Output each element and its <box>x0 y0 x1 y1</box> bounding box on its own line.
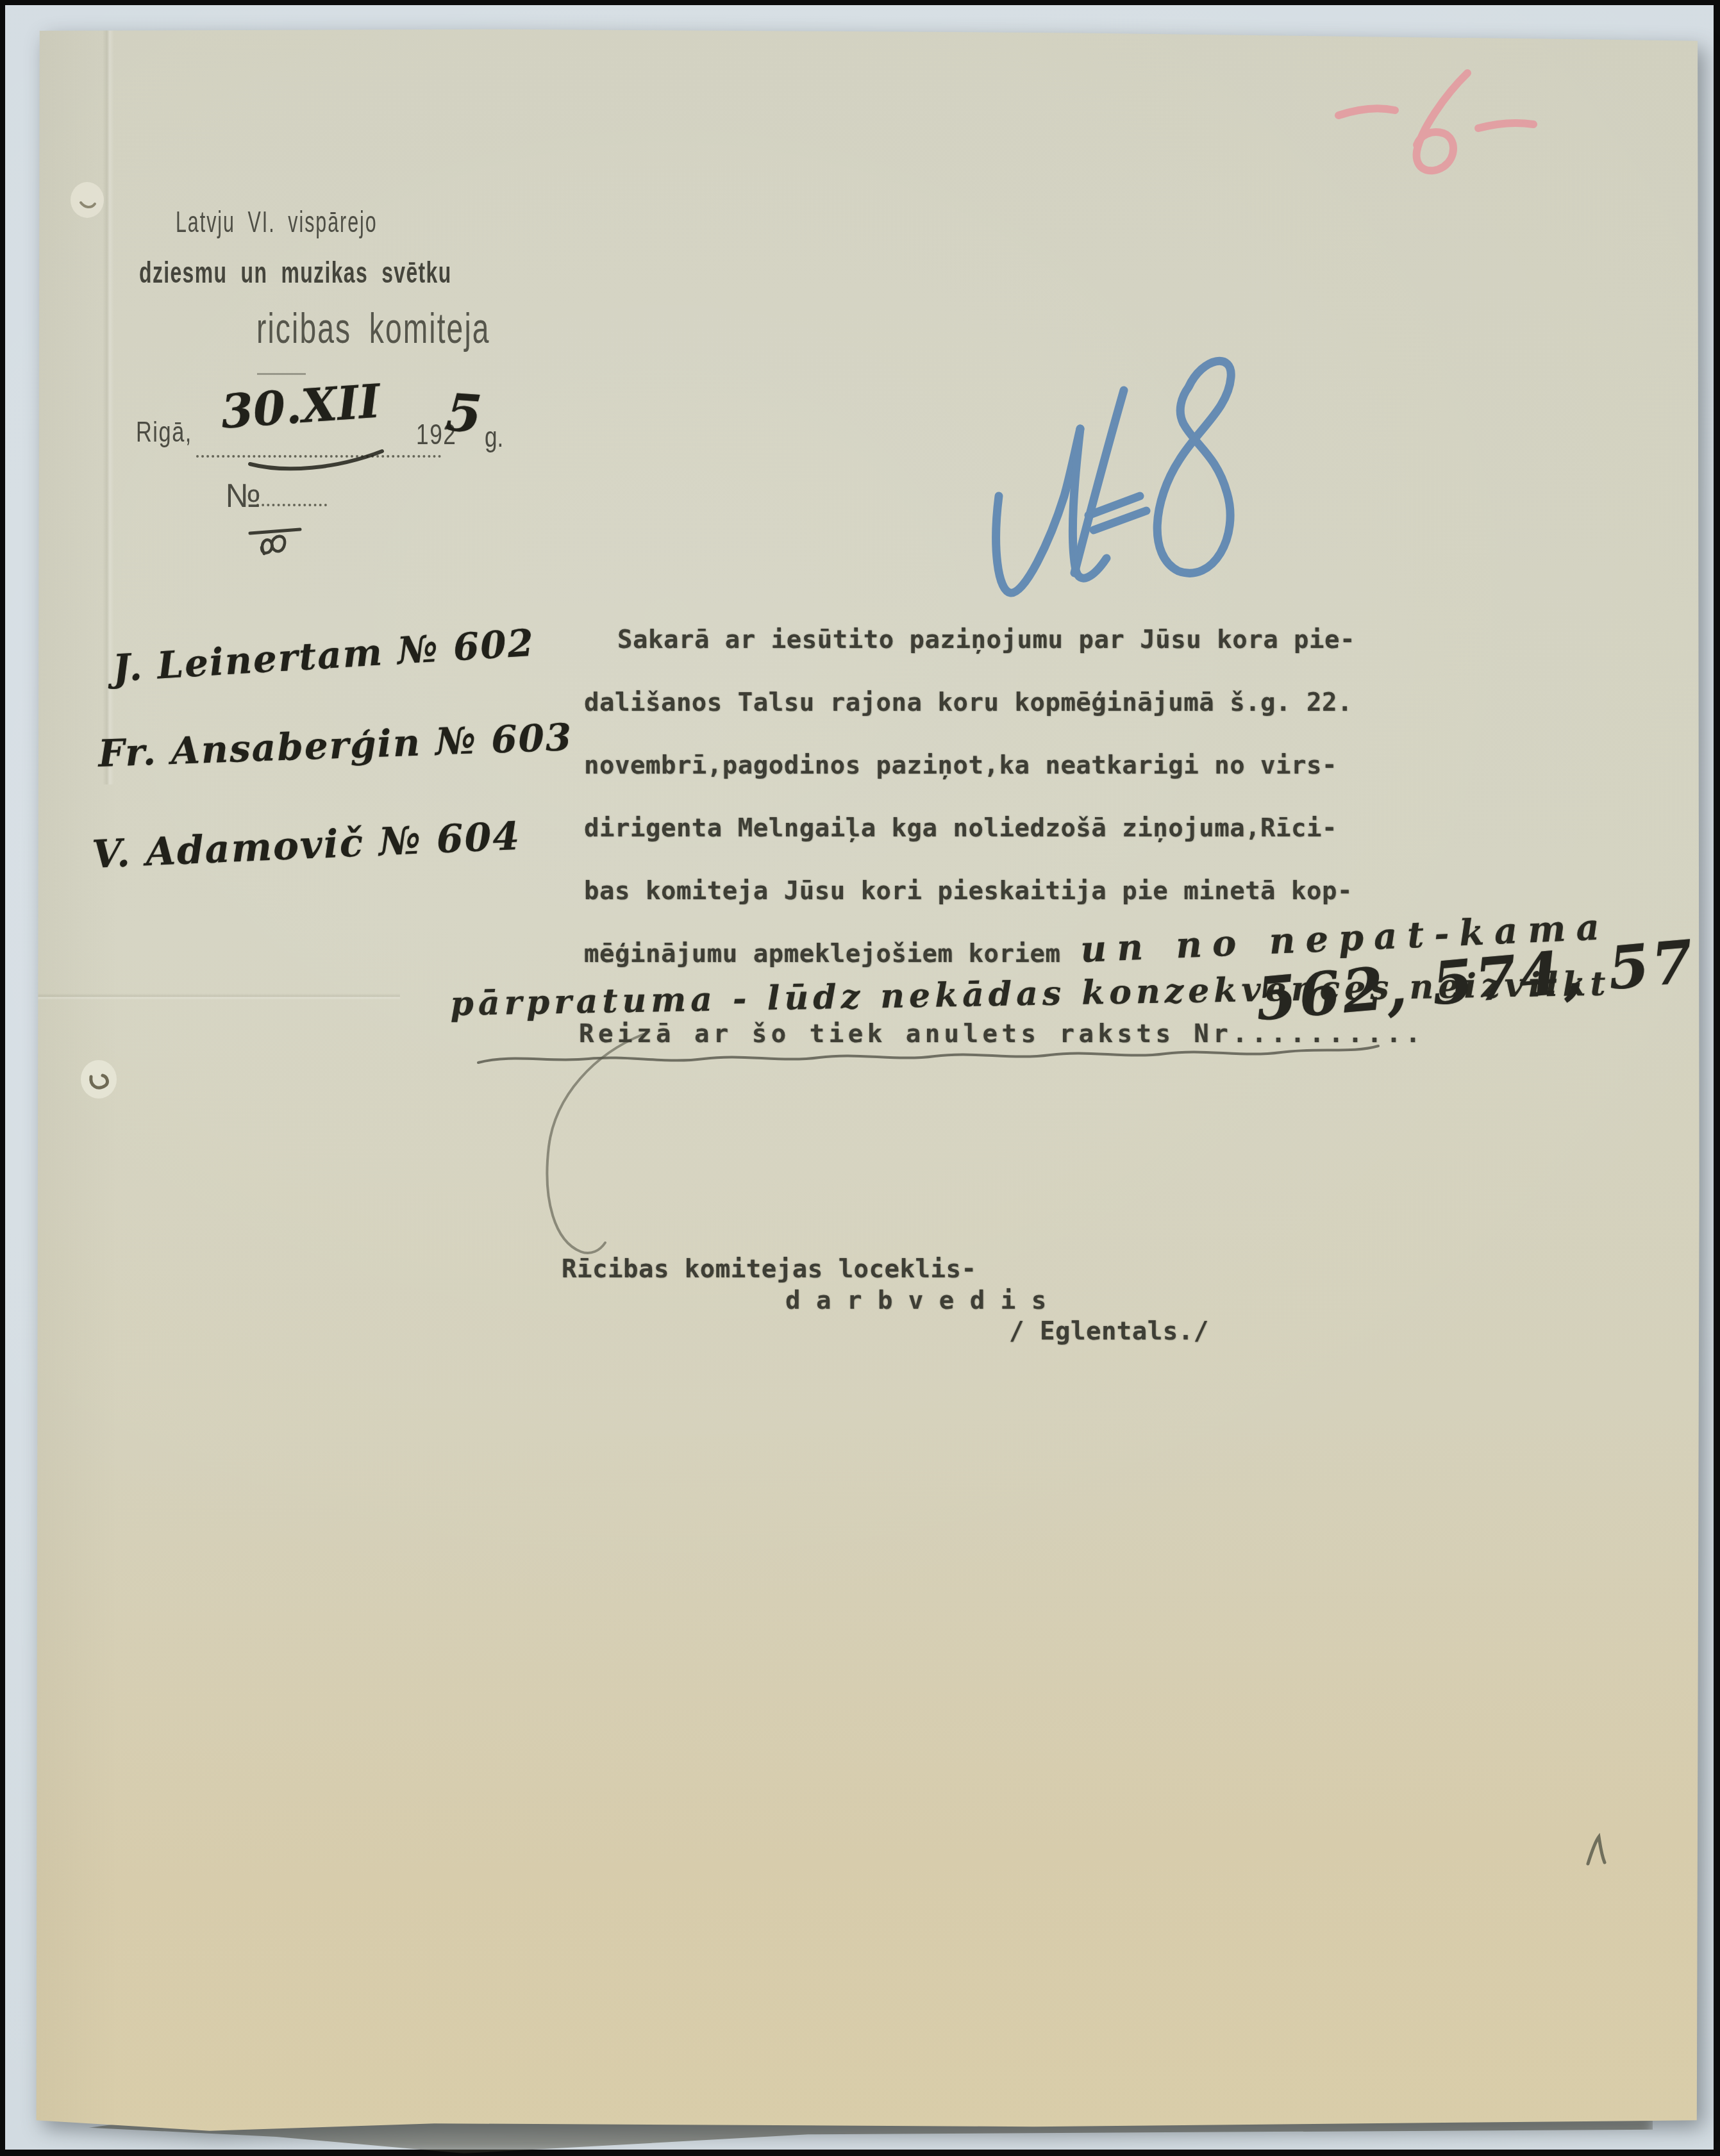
vertical-fold-crease <box>103 28 114 784</box>
date-city-label: Rigā, <box>136 417 192 449</box>
margin-note-2: Fr. Ansaberģin № 603 <box>97 715 573 775</box>
body-line-3: novembrī,pagodinos paziņot,ka neatkarigi… <box>584 751 1337 780</box>
date-year-suffix: g. <box>485 422 503 454</box>
number-flourish-mark <box>249 526 303 561</box>
body-line-6: mēģinājumu apmeklejošiem koriem <box>584 940 1060 968</box>
letterhead-line2: dziesmu un muzikas svētku <box>139 254 452 290</box>
pencil-check-mark <box>1583 1834 1615 1868</box>
signature-role-line: d a r b v e d i s <box>785 1286 1047 1315</box>
horizontal-fold-crease <box>35 993 400 1000</box>
margin-note-3: V. Adamovič № 604 <box>91 814 522 877</box>
pink-page-number-annotation <box>1310 69 1612 204</box>
body-line-2: dališanos Talsu rajona koru kopmēģinājum… <box>584 688 1353 717</box>
body-line-4: dirigenta Melngaiļa kga noliedzošā ziņoj… <box>584 814 1337 843</box>
letterhead-line3: ricibas komiteja <box>256 304 490 352</box>
handwritten-date: 30.XII <box>219 374 382 439</box>
body-line-1: Sakarā ar iesūtito paziņojumu par Jūsu k… <box>617 626 1355 654</box>
date-underline-flourish <box>246 446 387 474</box>
letterhead-line1: Latvju VI. vispārejo <box>176 204 378 239</box>
number-label: № <box>225 477 261 515</box>
signature-name-line: / Eglentals./ <box>1009 1317 1209 1346</box>
pin-hole-middle <box>78 1057 119 1102</box>
flourish-curve <box>518 1018 659 1275</box>
scanner-bed: Latvju VI. vispārejo dziesmu un muzikas … <box>5 5 1714 2150</box>
pin-hole-top <box>68 179 106 220</box>
body-line-5: bas komiteja Jūsu kori pieskaitija pie m… <box>584 877 1353 906</box>
blue-document-number-annotation <box>992 352 1274 640</box>
margin-note-1: J. Leinertam № 602 <box>112 621 536 690</box>
number-dotted-leader <box>256 481 327 506</box>
document-paper: Latvju VI. vispārejo dziesmu un muzikas … <box>35 28 1700 2133</box>
handwritten-year-digit: 5 <box>444 382 483 445</box>
signature-title-line: Rīcibas komitejas loceklis- <box>562 1255 976 1284</box>
letterhead-divider-rule <box>257 373 306 375</box>
